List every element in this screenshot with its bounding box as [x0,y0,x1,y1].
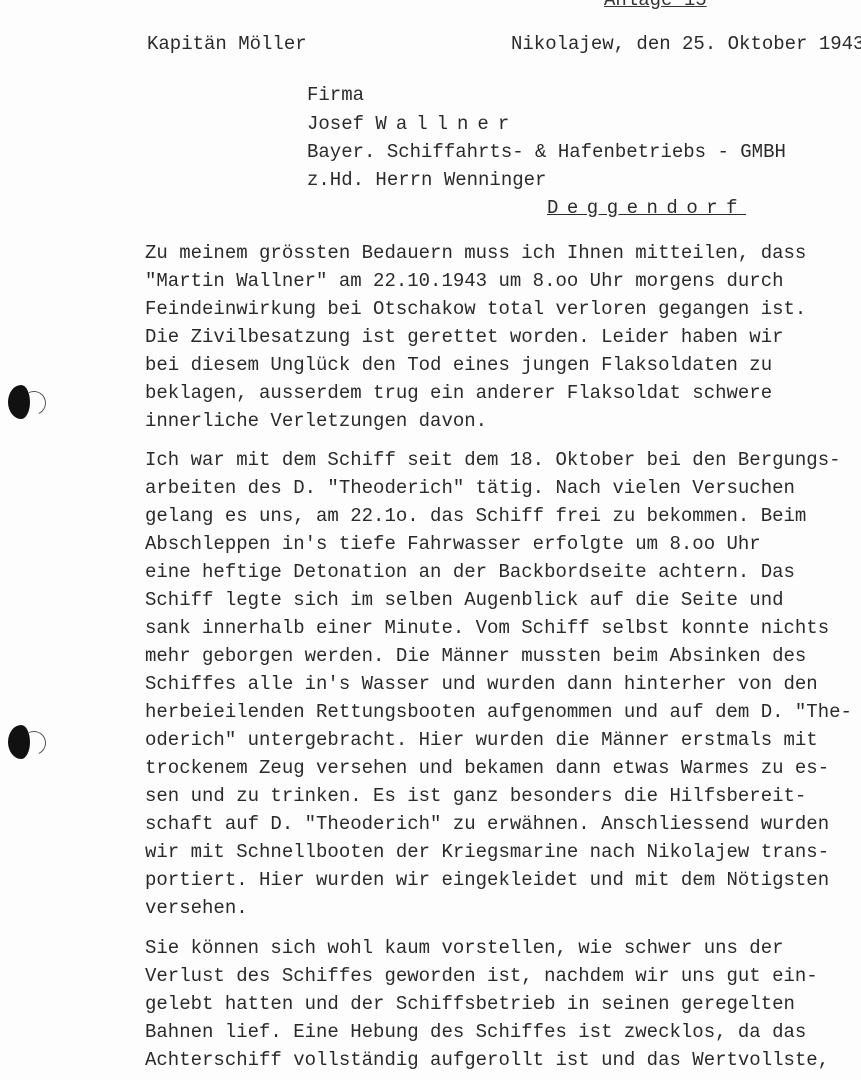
recipient-attention: z.Hd. Herrn Wenninger [307,169,546,191]
recipient-line-name: Josef Wallner [307,113,518,135]
sender-name: Kapitän Möller [147,33,307,55]
recipient-line-firm: Firma [307,84,364,106]
punch-hole-mark [8,385,30,419]
body-paragraph: Zu meinem grössten Bedauern muss ich Ihn… [145,239,806,435]
punch-hole-mark [8,725,30,759]
attachment-label: Anlage 15 [604,0,707,11]
body-paragraph: Sie können sich wohl kaum vorstellen, wi… [145,934,829,1074]
recipient-last-name: Wallner [375,113,518,135]
place-date: Nikolajew, den 25. Oktober 1943 [511,33,861,55]
body-paragraph: Ich war mit dem Schiff seit dem 18. Okto… [145,446,852,922]
letter-page: Anlage 15 Kapitän Möller Nikolajew, den … [0,0,861,1080]
recipient-company: Bayer. Schiffahrts- & Hafenbetriebs - GM… [307,141,786,163]
recipient-first-name: Josef [307,113,364,135]
recipient-city: Deggendorf [547,197,746,219]
